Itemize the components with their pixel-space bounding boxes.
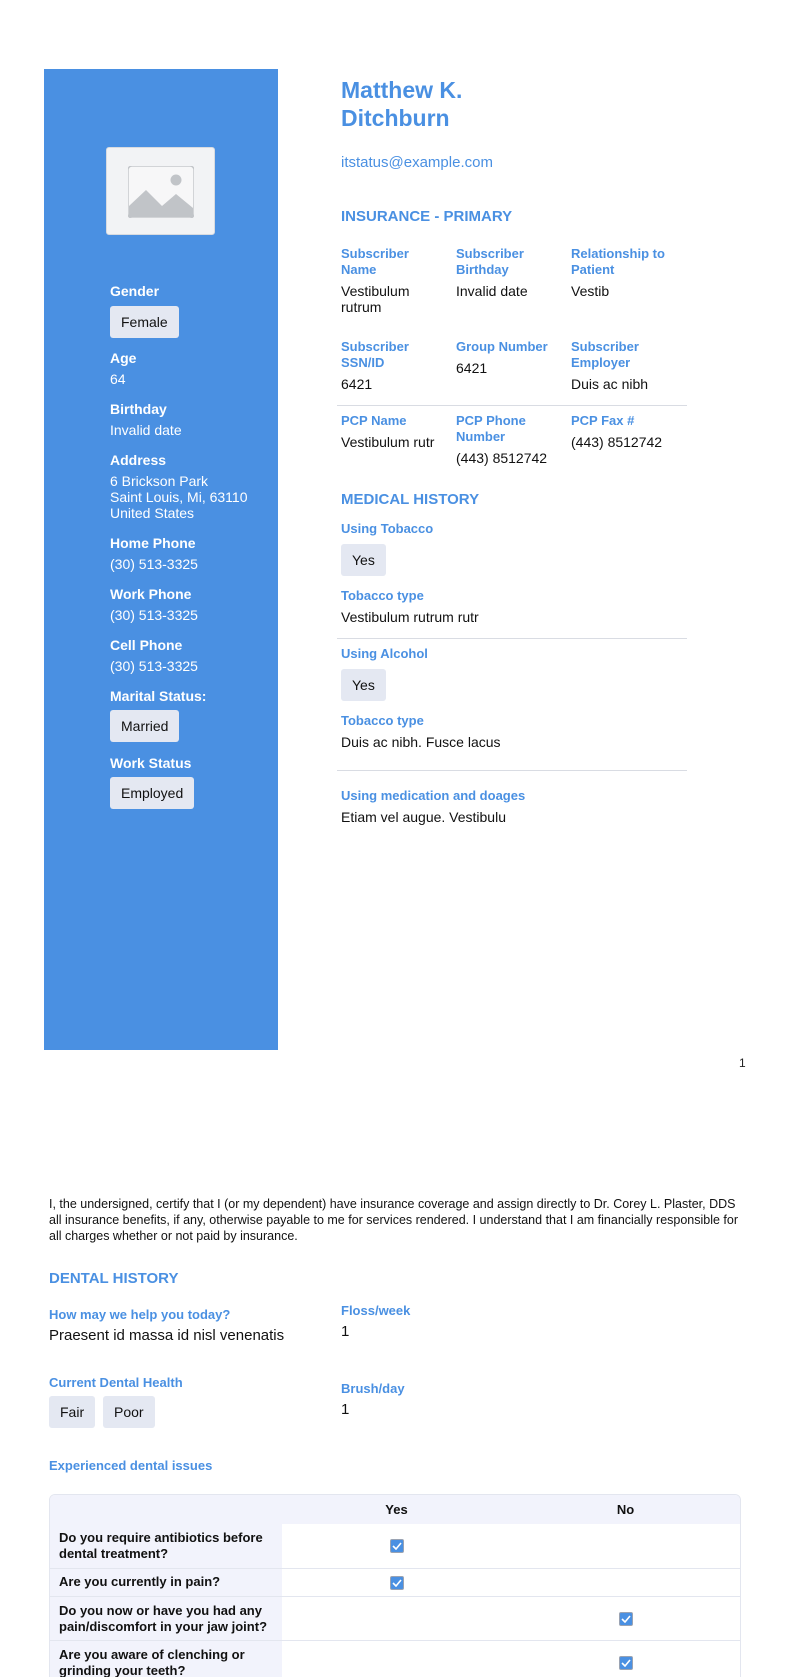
- using-tobacco-label: Using Tobacco: [341, 521, 433, 537]
- address-line1: 6 Brickson Park: [110, 473, 208, 489]
- answer-cell-no: [511, 1524, 740, 1568]
- using-alcohol-chip: Yes: [341, 669, 386, 701]
- patient-name-line2: Ditchburn: [341, 104, 462, 132]
- marital-status-chip: Married: [110, 710, 179, 742]
- insurance-field-value: 6421: [341, 376, 372, 392]
- floss-label: Floss/week: [341, 1303, 410, 1319]
- image-placeholder-icon: [128, 166, 194, 218]
- medical-divider-2: [337, 770, 687, 771]
- table-row: Are you currently in pain?: [50, 1568, 740, 1596]
- answer-cell-yes: [282, 1569, 511, 1596]
- gender-chip: Female: [110, 306, 179, 338]
- age-label: Age: [110, 350, 136, 366]
- medication-label: Using medication and doages: [341, 788, 525, 804]
- work-phone-label: Work Phone: [110, 586, 191, 602]
- age-value: 64: [110, 371, 126, 387]
- patient-name-line1: Matthew K.: [341, 76, 462, 104]
- insurance-field-label: Group Number: [456, 339, 548, 355]
- insurance-field-label: PCP Fax #: [571, 413, 634, 429]
- question-cell: Do you require antibiotics before dental…: [50, 1524, 282, 1568]
- insurance-field-value: 6421: [456, 360, 487, 376]
- insurance-field-label: Relationship toPatient: [571, 246, 665, 278]
- insurance-section-title: INSURANCE - PRIMARY: [341, 208, 512, 225]
- question-cell: Do you now or have you had any pain/disc…: [50, 1597, 282, 1640]
- answer-cell-yes: [282, 1524, 511, 1568]
- brush-label: Brush/day: [341, 1381, 405, 1397]
- home-phone-value: (30) 513-3325: [110, 556, 198, 572]
- work-phone-value: (30) 513-3325: [110, 607, 198, 623]
- tobacco-type2-label: Tobacco type: [341, 713, 424, 729]
- tobacco-type2-value: Duis ac nibh. Fusce lacus: [341, 734, 501, 750]
- insurance-field-value: Duis ac nibh: [571, 376, 648, 392]
- question-cell: Are you aware of clenching or grinding y…: [50, 1641, 282, 1677]
- answer-cell-no: [511, 1641, 740, 1677]
- answer-cell-yes: [282, 1597, 511, 1640]
- using-tobacco-chip: Yes: [341, 544, 386, 576]
- marital-status-label: Marital Status:: [110, 688, 206, 704]
- address-label: Address: [110, 452, 166, 468]
- table-header-yes: Yes: [282, 1495, 511, 1524]
- page-number: 1: [739, 1056, 746, 1070]
- insurance-field-value: (443) 8512742: [456, 450, 547, 466]
- medication-value: Etiam vel augue. Vestibulu: [341, 809, 506, 825]
- insurance-field-value: (443) 8512742: [571, 434, 662, 450]
- insurance-field-value: Vestibulum rutr: [341, 434, 434, 450]
- insurance-field-value: Vestib: [571, 283, 609, 299]
- checkbox-checked-icon[interactable]: [390, 1539, 404, 1553]
- brush-value: 1: [341, 1402, 349, 1418]
- table-header-no: No: [511, 1495, 740, 1524]
- answer-cell-no: [511, 1597, 740, 1640]
- work-status-chip: Employed: [110, 777, 194, 809]
- floss-value: 1: [341, 1324, 349, 1340]
- using-alcohol-label: Using Alcohol: [341, 646, 428, 662]
- insurance-field-value: Vestibulumrutrum: [341, 283, 409, 315]
- answer-cell-yes: [282, 1641, 511, 1677]
- insurance-divider: [337, 405, 687, 406]
- tobacco-type-label: Tobacco type: [341, 588, 424, 604]
- address-line3: United States: [110, 505, 194, 521]
- insurance-field-label: SubscriberName: [341, 246, 409, 278]
- help-label: How may we help you today?: [49, 1307, 230, 1323]
- insurance-field-label: SubscriberEmployer: [571, 339, 639, 371]
- question-cell: Are you currently in pain?: [50, 1569, 282, 1596]
- checkbox-checked-icon[interactable]: [619, 1612, 633, 1626]
- consent-statement: I, the undersigned, certify that I (or m…: [49, 1196, 739, 1244]
- insurance-field-value: Invalid date: [456, 283, 528, 299]
- patient-email[interactable]: itstatus@example.com: [341, 154, 493, 171]
- home-phone-label: Home Phone: [110, 535, 196, 551]
- insurance-field-label: PCP PhoneNumber: [456, 413, 526, 445]
- tobacco-type-value: Vestibulum rutrum rutr: [341, 609, 479, 625]
- checkbox-checked-icon[interactable]: [390, 1576, 404, 1590]
- dental-health-chip-poor: Poor: [103, 1396, 155, 1428]
- patient-name: Matthew K. Ditchburn: [341, 76, 462, 132]
- birthday-value: Invalid date: [110, 422, 182, 438]
- table-header-row: Yes No: [50, 1495, 740, 1524]
- medical-section-title: MEDICAL HISTORY: [341, 491, 479, 508]
- table-row: Do you require antibiotics before dental…: [50, 1524, 740, 1568]
- medical-divider-1: [337, 638, 687, 639]
- table-header-blank: [50, 1495, 282, 1524]
- insurance-field-label: SubscriberSSN/ID: [341, 339, 409, 371]
- dental-issues-table: Yes No Do you require antibiotics before…: [49, 1494, 741, 1677]
- insurance-field-label: PCP Name: [341, 413, 407, 429]
- answer-cell-no: [511, 1569, 740, 1596]
- patient-sidebar: Gender Female Age 64 Birthday Invalid da…: [44, 69, 278, 1050]
- help-value: Praesent id massa id nisl venenatis: [49, 1328, 284, 1344]
- cell-phone-value: (30) 513-3325: [110, 658, 198, 674]
- checkbox-checked-icon[interactable]: [619, 1656, 633, 1670]
- dental-health-chip-fair: Fair: [49, 1396, 95, 1428]
- insurance-field-label: SubscriberBirthday: [456, 246, 524, 278]
- dental-health-label: Current Dental Health: [49, 1375, 183, 1391]
- table-row: Do you now or have you had any pain/disc…: [50, 1596, 740, 1640]
- gender-label: Gender: [110, 283, 159, 299]
- dental-section-title: DENTAL HISTORY: [49, 1270, 178, 1287]
- work-status-label: Work Status: [110, 755, 191, 771]
- address-line2: Saint Louis, Mi, 63110: [110, 489, 248, 505]
- dental-issues-label: Experienced dental issues: [49, 1458, 212, 1474]
- cell-phone-label: Cell Phone: [110, 637, 182, 653]
- patient-photo: [106, 147, 215, 235]
- table-row: Are you aware of clenching or grinding y…: [50, 1640, 740, 1677]
- birthday-label: Birthday: [110, 401, 167, 417]
